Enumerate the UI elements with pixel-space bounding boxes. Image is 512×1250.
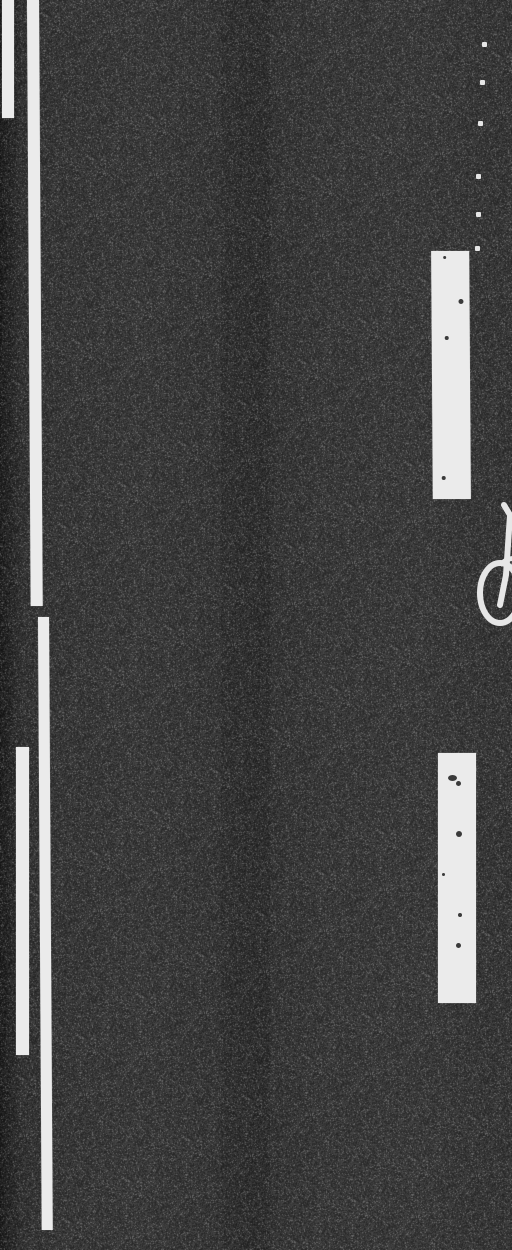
left-edge-dash-lower xyxy=(16,747,29,1055)
dotted-line-dot xyxy=(476,174,481,179)
dotted-line-dot xyxy=(478,121,483,126)
bicycle-icon xyxy=(470,495,512,635)
dotted-line-dot xyxy=(475,246,480,251)
dotted-line-dot xyxy=(482,42,487,47)
asphalt-texture xyxy=(0,0,512,1250)
left-edge-dash-top xyxy=(2,0,14,118)
dotted-line-dot xyxy=(476,212,481,217)
right-lane-dash-lower xyxy=(438,753,476,1003)
road-surface: Top-down view of asphalt road surface wi… xyxy=(0,0,512,1250)
dotted-line-dot xyxy=(480,80,485,85)
right-lane-dash-upper xyxy=(431,251,471,499)
